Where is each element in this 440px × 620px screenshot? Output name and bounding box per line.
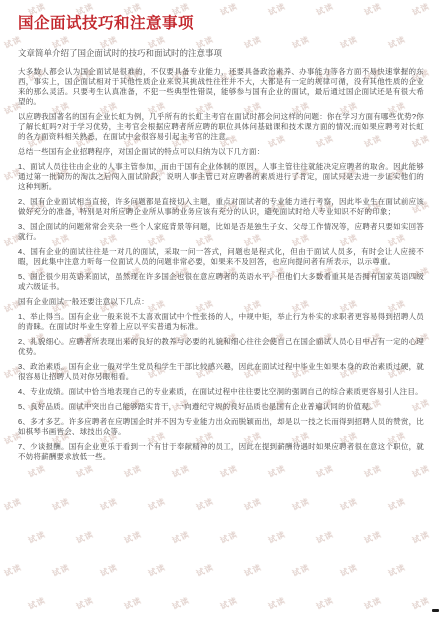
trial-read-watermark: 试读 xyxy=(411,529,432,546)
trial-read-watermark: 试读 xyxy=(99,562,120,579)
body-paragraph: 2、国有企业面试相当直接，许多问题都是直接切入主题，重点对面试者的专业能力进行考… xyxy=(18,197,424,217)
document-subtitle: 文章简单介绍了国企面试时的技巧和面试时的注意事项 xyxy=(18,47,424,59)
body-paragraph: 4、国有企业的面试往往是一对几的面试，采取一问一答式，问题也是程式化，但由于面试… xyxy=(18,247,424,267)
trial-read-watermark: 试读 xyxy=(147,562,168,579)
trial-read-watermark: 试读 xyxy=(51,562,72,579)
body-paragraph: 4、专业成绩。面试中恰当地表现自己的专业素质，在面试过程中往往要比空洞的强调自己… xyxy=(18,387,424,397)
body-paragraph: 总结一些国有企业招聘程序，对国企面试的特点可以归纳为以下几方面： xyxy=(18,147,424,157)
trial-read-watermark: 试读 xyxy=(147,496,168,513)
trial-read-watermark: 试读 xyxy=(27,529,48,546)
trial-read-watermark: 试读 xyxy=(267,595,288,612)
document-body: 大多数人都会认为国企面试是很难的，不仅要具备专业能力，还要具备政治素养、办事能力… xyxy=(18,67,424,462)
trial-read-watermark: 试读 xyxy=(219,595,240,612)
body-paragraph: 5、国企很少用英语来面试，虽然现在许多国企也很在意应聘者的英语水平，但他们大多数… xyxy=(18,272,424,292)
trial-read-watermark: 试读 xyxy=(267,529,288,546)
body-paragraph: 1、举止得当。国有企业一般来说不太喜欢面试中个性张扬的人，中规中矩，举止行为朴实… xyxy=(18,312,424,332)
body-paragraph: 5、良好品质。面试中突出自己能够踏实肯干，一向遵纪守规的良好品质也是国有企业普遍… xyxy=(18,402,424,412)
trial-read-watermark: 试读 xyxy=(219,529,240,546)
trial-read-watermark: 试读 xyxy=(387,562,408,579)
body-paragraph: 以应聘我国著名的国有企业长虹为例，几乎所有的长虹主考官在面试时都会问这样的问题：… xyxy=(18,112,424,142)
trial-read-watermark: 试读 xyxy=(243,496,264,513)
trial-read-watermark: 试读 xyxy=(339,496,360,513)
page-corner-mark xyxy=(432,609,439,612)
body-paragraph: 7、少谈报酬。国有企业更乐于看到一个有甘于奉献精神的员工，因此在提到薪酬待遇时如… xyxy=(18,442,424,462)
body-paragraph: 3、政治素质。国有企业一般对学生党员和学生干部比较感兴趣，因此在面试过程中毕业生… xyxy=(18,362,424,382)
document-content: 国企面试技巧和注意事项 文章简单介绍了国企面试时的技巧和面试时的注意事项 大多数… xyxy=(0,0,440,467)
body-paragraph: 大多数人都会认为国企面试是很难的，不仅要具备专业能力，还要具备政治素养、办事能力… xyxy=(18,67,424,107)
body-paragraph: 1、面试人员往往由企业的人事主管参加，而由于国有企业体制的原因，人事主管往往就能… xyxy=(18,162,424,192)
document-page: 试读试读试读试读试读试读试读试读试读试读试读试读试读试读试读试读试读试读试读试读… xyxy=(0,0,440,620)
trial-read-watermark: 试读 xyxy=(75,595,96,612)
trial-read-watermark: 试读 xyxy=(171,529,192,546)
trial-read-watermark: 试读 xyxy=(123,529,144,546)
trial-read-watermark: 试读 xyxy=(3,496,24,513)
trial-read-watermark: 试读 xyxy=(123,595,144,612)
body-paragraph: 6、多才多艺。许多应聘者在应聘国企时并不因为专业能力出众而脱颖而出，却是以一技之… xyxy=(18,417,424,437)
body-paragraph: 2、礼貌细心。应聘者所表现出来的良好的教养与必要的礼貌和细心往往会使自己在国企面… xyxy=(18,337,424,357)
page-title: 国企面试技巧和注意事项 xyxy=(18,14,424,34)
trial-read-watermark: 试读 xyxy=(291,562,312,579)
trial-read-watermark: 试读 xyxy=(291,496,312,513)
trial-read-watermark: 试读 xyxy=(411,595,432,612)
trial-read-watermark: 试读 xyxy=(75,529,96,546)
trial-read-watermark: 试读 xyxy=(387,496,408,513)
trial-read-watermark: 试读 xyxy=(3,562,24,579)
trial-read-watermark: 试读 xyxy=(363,595,384,612)
trial-read-watermark: 试读 xyxy=(243,562,264,579)
trial-read-watermark: 试读 xyxy=(99,496,120,513)
body-paragraph: 国有企业面试一般还要注意以下几点： xyxy=(18,297,424,307)
trial-read-watermark: 试读 xyxy=(51,496,72,513)
trial-read-watermark: 试读 xyxy=(27,595,48,612)
trial-read-watermark: 试读 xyxy=(363,529,384,546)
trial-read-watermark: 试读 xyxy=(315,529,336,546)
trial-read-watermark: 试读 xyxy=(339,562,360,579)
trial-read-watermark: 试读 xyxy=(195,496,216,513)
trial-read-watermark: 试读 xyxy=(195,562,216,579)
trial-read-watermark: 试读 xyxy=(171,595,192,612)
trial-read-watermark: 试读 xyxy=(315,595,336,612)
body-paragraph: 3、国企面试的问题常常会夹杂一些个人家庭背景等问题，比如是否是独生子女、父母工作… xyxy=(18,222,424,242)
